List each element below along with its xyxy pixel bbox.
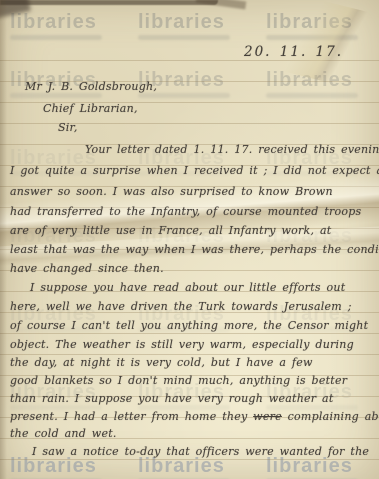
watermark-url-line bbox=[138, 93, 230, 98]
handwriting-line: I suppose you have read about our little… bbox=[30, 281, 345, 294]
handwriting-line: than rain. I suppose you have very rough… bbox=[10, 392, 334, 405]
letter-addressee: Mr J. B. Goldsbrough, bbox=[25, 80, 157, 93]
handwriting-line: present. I had a letter from home they w… bbox=[10, 410, 379, 423]
watermark-text: libraries bbox=[10, 456, 122, 476]
letter-salutation: Sir, bbox=[58, 121, 78, 134]
handwriting-line: the cold and wet. bbox=[10, 427, 117, 440]
handwriting-line: Your letter dated 1. 11. 17. received th… bbox=[85, 143, 379, 156]
handwriting-line: are of very little use in France, all In… bbox=[10, 224, 331, 237]
handwriting-line: object. The weather is still very warm, … bbox=[10, 338, 354, 351]
watermark-url-line bbox=[10, 35, 102, 40]
paper-edge-shadow bbox=[0, 0, 7, 479]
watermark-libraries: libraries bbox=[10, 456, 122, 479]
handwriting-line: I saw a notice to-day that officers were… bbox=[32, 445, 369, 458]
line-text: complaining about bbox=[282, 410, 379, 423]
handwriting-line: of course I can't tell you anything more… bbox=[10, 319, 368, 332]
handwriting-line: answer so soon. I was also surprised to … bbox=[10, 185, 333, 198]
watermark-url-line bbox=[10, 93, 102, 98]
handwriting-line: good blankets so I don't mind much, anyt… bbox=[10, 374, 347, 387]
watermark-text: libraries bbox=[10, 12, 122, 32]
paper-torn-edge bbox=[0, 0, 218, 5]
letter-addressee-title: Chief Librarian, bbox=[43, 102, 138, 115]
line-text: present. I had a letter from home they bbox=[10, 410, 253, 423]
handwriting-line: have changed since then. bbox=[10, 262, 164, 275]
handwriting-line: had transferred to the Infantry, of cour… bbox=[10, 205, 361, 218]
watermark-libraries: libraries bbox=[10, 12, 122, 40]
watermark-text: libraries bbox=[266, 456, 378, 476]
handwriting-line: I got quite a surprise when I received i… bbox=[10, 164, 379, 177]
letter-date: 20. 11. 17. bbox=[244, 44, 343, 60]
watermark-text: libraries bbox=[138, 456, 250, 476]
watermark-url-line bbox=[266, 93, 358, 98]
watermark-libraries: libraries bbox=[266, 456, 378, 479]
handwriting-line: the day, at night it is very cold, but I… bbox=[10, 356, 313, 369]
letter-scan: librarieslibrarieslibrarieslibrarieslibr… bbox=[0, 0, 379, 479]
handwriting-line: here, well we have driven the Turk towar… bbox=[10, 300, 352, 313]
watermark-libraries: libraries bbox=[138, 456, 250, 479]
watermark-url-line bbox=[138, 35, 230, 40]
struck-word: were bbox=[253, 410, 282, 423]
handwriting-line: least that was the way when I was there,… bbox=[10, 243, 379, 256]
